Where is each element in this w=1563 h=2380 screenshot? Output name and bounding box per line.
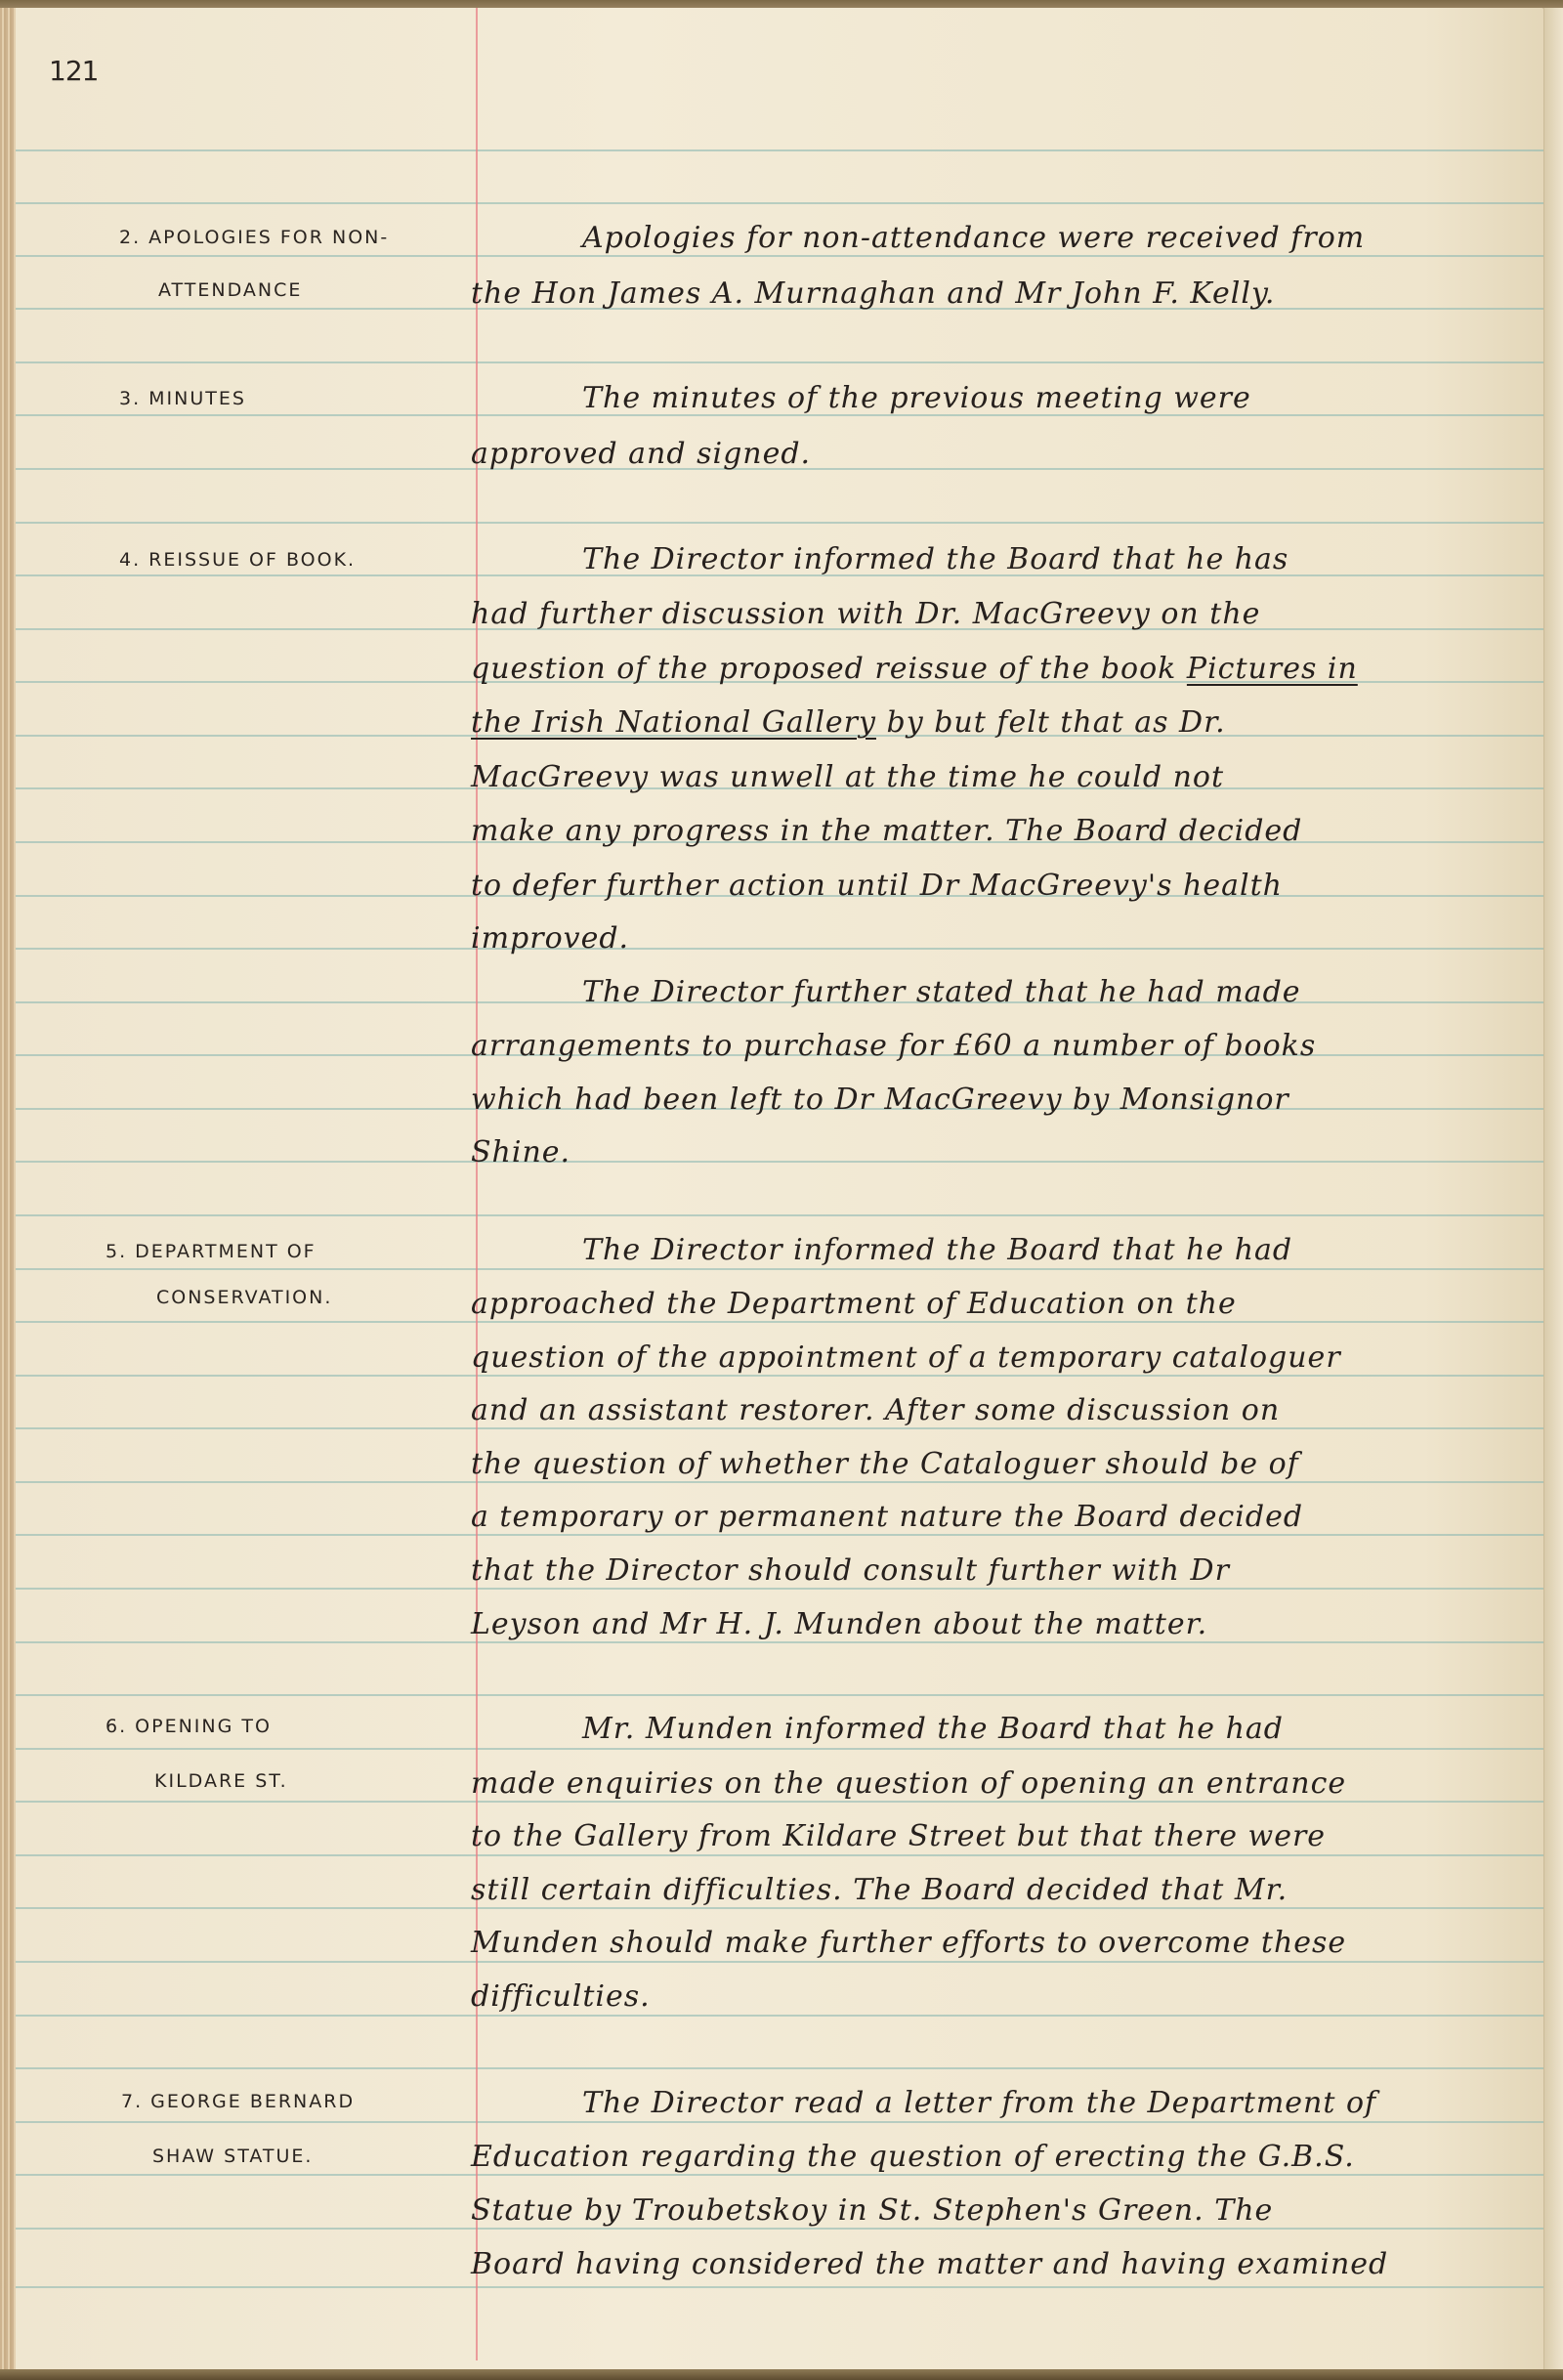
minute-text-line: a temporary or permanent nature the Boar… (471, 1500, 1303, 1534)
minute-text-line: approved and signed. (471, 437, 811, 471)
item-heading: 5. DEPARTMENT OF (106, 1241, 317, 1262)
minute-text-line: The Director informed the Board that he … (582, 1233, 1292, 1267)
minute-text-line: that the Director should consult further… (471, 1553, 1230, 1588)
minute-text-line: made enquiries on the question of openin… (471, 1766, 1346, 1801)
page-stack-edge-right (1543, 8, 1563, 2370)
item-heading: SHAW STATUE. (152, 2146, 313, 2167)
book-title: the Irish National Gallery (471, 705, 876, 740)
page-number: 121 (49, 55, 98, 87)
minute-text-line: Leyson and Mr H. J. Munden about the mat… (471, 1607, 1207, 1641)
minute-text-line: Statue by Troubetskoy in St. Stephen's G… (471, 2193, 1273, 2228)
minute-text-line: still certain difficulties. The Board de… (471, 1873, 1288, 1907)
item-heading: 4. REISSUE OF BOOK. (119, 549, 356, 571)
minute-text-line: arrangements to purchase for £60 a numbe… (471, 1029, 1316, 1063)
minute-text-line: which had been left to Dr MacGreevy by M… (471, 1083, 1289, 1117)
minute-text-line: make any progress in the matter. The Boa… (471, 814, 1302, 848)
minute-text-line: difficulties. (471, 1979, 651, 2014)
minute-text: question of the proposed reissue of the … (471, 652, 1176, 686)
minute-text-line: had further discussion with Dr. MacGreev… (471, 597, 1260, 631)
book-binding-bottom (0, 2369, 1563, 2380)
item-heading: CONSERVATION. (156, 1287, 332, 1308)
minute-text-line: Mr. Munden informed the Board that he ha… (582, 1712, 1284, 1746)
minute-text-line: question of the proposed reissue of the … (471, 652, 1358, 686)
minute-text-line: the Irish National Gallery by but felt t… (471, 705, 1226, 740)
minute-text-line: to defer further action until Dr MacGree… (471, 869, 1283, 903)
book-title: Pictures in (1187, 652, 1358, 686)
item-heading: 6. OPENING TO (106, 1716, 272, 1737)
minute-text-line: The minutes of the previous meeting were (582, 381, 1251, 415)
minute-text-line: Education regarding the question of erec… (471, 2140, 1355, 2174)
minute-text-line: Apologies for non-attendance were receiv… (582, 221, 1365, 255)
minute-text-line: The Director read a letter from the Depa… (582, 2086, 1376, 2120)
minute-text-line: Munden should make further efforts to ov… (471, 1926, 1346, 1960)
item-heading: 3. MINUTES (119, 388, 246, 409)
minute-text: by but felt that as Dr. (887, 705, 1226, 740)
minute-text-line: The Director informed the Board that he … (582, 542, 1288, 576)
item-heading: 2. APOLOGIES FOR NON- (119, 227, 389, 248)
minute-text-line: the Hon James A. Murnaghan and Mr John F… (471, 276, 1275, 311)
minute-text-line: approached the Department of Education o… (471, 1287, 1237, 1321)
minute-text-line: Board having considered the matter and h… (471, 2247, 1388, 2281)
minute-text-line: question of the appointment of a tempora… (471, 1340, 1341, 1375)
minute-text-line: to the Gallery from Kildare Street but t… (471, 1819, 1326, 1853)
item-heading: 7. GEORGE BERNARD (121, 2091, 355, 2112)
minute-text-line: the question of whether the Cataloguer s… (471, 1447, 1299, 1481)
minute-text-line: MacGreevy was unwell at the time he coul… (471, 760, 1224, 794)
minute-text-line: and an assistant restorer. After some di… (471, 1393, 1280, 1427)
minute-text-line: Shine. (471, 1135, 570, 1169)
minute-text-line: improved. (471, 921, 629, 956)
item-heading: ATTENDANCE (158, 279, 302, 301)
minute-text-line: The Director further stated that he had … (582, 975, 1301, 1009)
item-heading: KILDARE ST. (154, 1770, 288, 1792)
